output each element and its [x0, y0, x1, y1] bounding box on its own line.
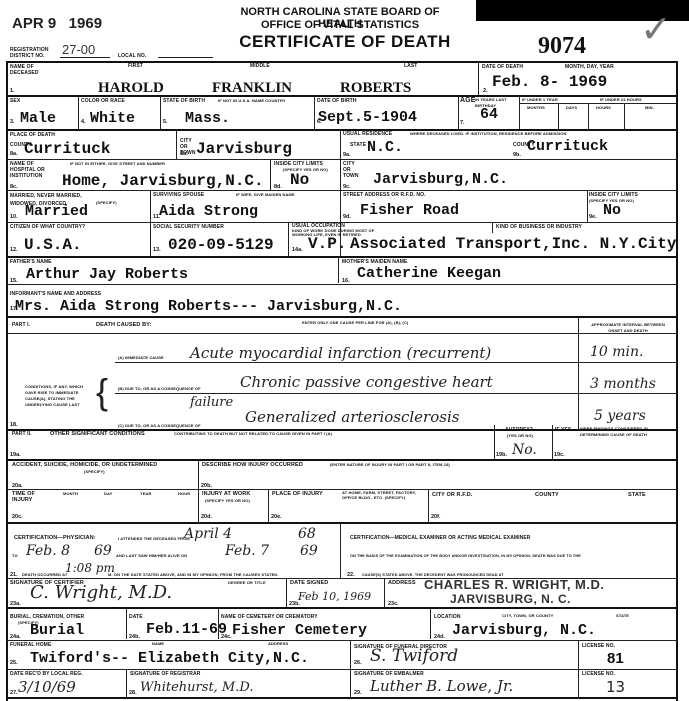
- certificate-number: 9074: [538, 33, 586, 60]
- day-label: DAY: [104, 491, 112, 497]
- attended-from-year: 68: [298, 526, 316, 542]
- state-of-birth-label: STATE OF BIRTH: [163, 98, 205, 104]
- divider: [286, 579, 287, 607]
- form-left-border: [6, 61, 8, 701]
- signature-registrar-label: SIGNATURE OF REGISTRAR: [130, 671, 200, 677]
- death-caused-by-label: DEATH CAUSED BY:: [96, 322, 151, 328]
- item-5: 5.: [163, 119, 168, 125]
- date-signed-label: DATE SIGNED: [290, 580, 328, 586]
- divider: [268, 490, 269, 522]
- spouse-value: Aida Strong: [159, 204, 258, 220]
- funeral-home-address-label: ADDRESS: [268, 641, 288, 647]
- min-label: MIN.: [645, 105, 654, 111]
- certifier-address-line-2: JARVISBURG, N. C.: [450, 592, 571, 606]
- cause-a-value: Acute myocardial infarction (recurrent): [190, 345, 491, 361]
- other-conditions-label: OTHER SIGNIFICANT CONDITIONS: [50, 431, 145, 437]
- month-label: MONTH: [63, 491, 78, 497]
- usual-residence-note: WHERE DECEASED LIVED. IF INSTITUTION, RE…: [410, 131, 567, 137]
- date-of-birth-value: Sept.5-1904: [318, 110, 417, 126]
- item-19c: 19c.: [554, 452, 565, 458]
- divider: [288, 223, 289, 256]
- usual-residence-label: USUAL RESIDENCE: [343, 131, 392, 137]
- divider: [624, 103, 625, 129]
- funeral-home-value: Twiford's-- Elizabeth City,N.C.: [30, 651, 309, 667]
- divider: [458, 96, 459, 129]
- divider: [478, 62, 479, 95]
- item-20e: 20e.: [271, 514, 282, 520]
- divider: [338, 257, 339, 283]
- describe-injury-label: DESCRIBE HOW INJURY OCCURRED: [202, 462, 303, 468]
- bracket: {: [96, 372, 108, 412]
- describe-injury-note: (ENTER NATURE OF INJURY IN PART I OR PAR…: [330, 462, 450, 468]
- item-8a: 8a.: [10, 151, 18, 157]
- city-or-rfd-label: CITY OR R.F.D.: [432, 492, 472, 498]
- divider: [270, 160, 271, 190]
- embalmer-signature: Luther B. Lowe, Jr.: [370, 678, 513, 694]
- embalmer-license-value: 13: [606, 679, 625, 695]
- local-no-line: [158, 57, 213, 58]
- sex-label: SEX: [10, 98, 20, 104]
- local-no-label: LOCAL NO.: [118, 53, 146, 59]
- divider: [126, 669, 127, 697]
- accident-label: ACCIDENT, SUICIDE, HOMICIDE, OR UNDETERM…: [12, 462, 157, 468]
- attended-to-value: Feb. 8: [26, 543, 70, 559]
- due-to-b-label: (b) DUE TO, OR AS A CONSEQUENCE OF: [118, 386, 201, 392]
- other-conditions-note: CONTRIBUTING TO DEATH BUT NOT RELATED TO…: [174, 431, 332, 437]
- first-name-value: HAROLD: [98, 80, 164, 96]
- registration-label: REGISTRATION DISTRICT NO.: [10, 47, 62, 59]
- divider: [160, 96, 161, 129]
- attended-from-label: I ATTENDED THE DECEASED FROM: [118, 536, 190, 542]
- item-27: 27.: [10, 690, 18, 696]
- row-divider: [6, 190, 678, 191]
- mother-value: Catherine Keegan: [357, 266, 501, 282]
- item-26: 26.: [354, 660, 362, 666]
- business-value: Associated Transport,Inc. N.Y.City: [350, 236, 676, 252]
- res-inside-city-value: No: [603, 203, 621, 219]
- last-saw-value: Feb. 7: [225, 543, 269, 559]
- item-25: 25.: [10, 660, 18, 666]
- inside-city-limits-value: No: [290, 172, 309, 188]
- item-18: 18.: [10, 422, 18, 428]
- funeral-director-signature: S. Twiford: [370, 648, 458, 664]
- divider: [218, 608, 219, 639]
- to-label: TO: [12, 553, 18, 559]
- divider: [519, 96, 520, 129]
- informant-value: Mrs. Aida Strong Roberts--- Jarvisburg,N…: [15, 299, 402, 315]
- divider: [588, 103, 589, 129]
- accident-specify: (SPECIFY): [84, 469, 105, 475]
- location-label: LOCATION: [434, 614, 461, 620]
- fathers-name-label: FATHER'S NAME: [10, 259, 52, 265]
- state-of-birth-value: Mass.: [185, 111, 230, 127]
- sex-value: Male: [20, 111, 56, 127]
- occupation-value: V.P.: [308, 236, 346, 252]
- year-label: YEAR: [140, 491, 152, 497]
- item-20d: 20d.: [201, 514, 212, 520]
- item-29: 29.: [354, 690, 362, 696]
- time-of-injury-label: TIME OF INJURY: [12, 491, 42, 503]
- race-label: COLOR OR RACE: [81, 98, 125, 104]
- cause-b-line: [115, 393, 678, 394]
- res-city-label: CITY OR TOWN: [343, 161, 363, 179]
- form-top-border: [6, 61, 678, 63]
- registrar-signature: Whitehurst, M.D.: [140, 680, 253, 696]
- divider: [384, 579, 385, 607]
- middle-name-value: FRANKLIN: [212, 80, 292, 96]
- item-14a: 14a.: [292, 247, 303, 253]
- marital-specify: (SPECIFY): [96, 200, 117, 206]
- date-recd-label: DATE REC'D BY LOCAL REG.: [10, 671, 83, 677]
- cause-b-value: Chronic passive congestive heart: [240, 374, 493, 390]
- item-8b: 8b.: [180, 151, 188, 157]
- divider: [314, 96, 315, 129]
- citizen-label: CITIZEN OF WHAT COUNTRY?: [10, 224, 85, 230]
- divider: [150, 223, 151, 256]
- divider: [519, 103, 677, 104]
- degree-title-label: DEGREE OR TITLE: [228, 580, 266, 586]
- attended-to-year: 69: [94, 543, 112, 559]
- funeral-license-value: 81: [607, 651, 624, 667]
- one-cause-per-line-note: ENTER ONLY ONE CAUSE PER LINE FOR (a), (…: [302, 320, 408, 326]
- divider: [6, 333, 678, 334]
- address-label: ADDRESS: [388, 580, 416, 586]
- cause-a-interval: 10 min.: [590, 344, 643, 360]
- place-of-death-label: PLACE OF DEATH: [10, 132, 55, 138]
- cert-me-text: ON THE BASIS OF THE EXAMINATION OF THE B…: [350, 553, 581, 559]
- date-of-death-value: Feb. 8- 1969: [492, 74, 607, 90]
- item-28: 28.: [129, 690, 137, 696]
- divider: [430, 608, 431, 639]
- form-bottom-border: [6, 697, 678, 699]
- funeral-license-label: LICENSE NO.: [582, 643, 615, 649]
- row-divider: [6, 159, 678, 160]
- kind-of-business-label: KIND OF BUSINESS OR INDUSTRY: [496, 224, 582, 230]
- cert-me-label: CERTIFICATION—MEDICAL EXAMINER OR ACTING…: [350, 535, 531, 541]
- check-mark-icon: ✓: [640, 10, 672, 50]
- cause-c-value: Generalized arteriosclerosis: [245, 409, 459, 425]
- divider: [350, 669, 351, 697]
- cause-b-interval: 3 months: [590, 376, 656, 392]
- registration-line: [60, 57, 110, 58]
- date-of-birth-label: DATE OF BIRTH: [317, 98, 357, 104]
- ssn-value: 020-09-5129: [168, 237, 274, 253]
- surviving-spouse-label: SURVIVING SPOUSE: [153, 192, 204, 198]
- location-state-label: STATE: [616, 613, 629, 619]
- injury-at-work-label: INJURY AT WORK: [202, 491, 250, 497]
- divider: [176, 130, 177, 159]
- month-day-year-label: MONTH, DAY, YEAR: [565, 64, 614, 70]
- registration-district-value: 27-00: [62, 42, 95, 57]
- if-yes-label: IF YES: [555, 427, 571, 433]
- divider: [492, 223, 493, 233]
- last-label: LAST: [404, 63, 417, 69]
- cause-b-continuation: failure: [190, 395, 233, 411]
- conditions-label: CONDITIONS, IF ANY, WHICH GAVE RISE TO I…: [25, 384, 87, 408]
- res-city-value: Jarvisburg,N.C.: [373, 172, 508, 188]
- age-value: 64: [480, 107, 498, 123]
- row-divider: [6, 607, 678, 609]
- divider: [587, 191, 588, 222]
- part-1-label: PART I.: [12, 322, 30, 328]
- divider: [428, 490, 429, 522]
- item-3: 3.: [10, 119, 15, 125]
- last-name-value: ROBERTS: [340, 80, 411, 96]
- place-of-injury-note: AT HOME, FARM, STREET, FACTORY, OFFICE B…: [342, 490, 430, 500]
- injury-state-label: STATE: [628, 492, 646, 498]
- first-label: FIRST: [128, 63, 143, 69]
- death-county-value: Currituck: [24, 141, 110, 157]
- item-4: 4.: [81, 119, 86, 125]
- injury-at-work-specify: (SPECIFY YES OR NO): [205, 498, 250, 504]
- item-1: 1.: [10, 88, 15, 94]
- hour-label: HOUR: [178, 491, 190, 497]
- item-9b: 9b.: [513, 152, 521, 158]
- item-10: 10.: [10, 214, 18, 220]
- disposition-date-label: DATE: [129, 614, 143, 620]
- form-right-border: [676, 61, 678, 701]
- row-divider: [6, 669, 678, 670]
- item-9a: 9a.: [343, 152, 351, 158]
- months-label: MONTHS: [527, 105, 545, 111]
- res-county-value: Currituck: [527, 139, 608, 155]
- item-20f: 20f.: [431, 514, 440, 520]
- item-19b: 19b.: [496, 452, 507, 458]
- autopsy-value: No.: [512, 442, 537, 458]
- item-19a: 19a.: [10, 452, 21, 458]
- findings-label: WERE FINDINGS CONSIDERED IN DETERMINING …: [580, 426, 675, 438]
- disposition-method-value: Burial: [30, 623, 84, 639]
- embalmer-license-label: LICENSE NO.: [582, 671, 615, 677]
- res-state-value: N.C.: [367, 140, 403, 156]
- marital-value: Married: [25, 204, 88, 220]
- place-of-injury-label: PLACE OF INJURY: [272, 491, 323, 497]
- row-divider: [6, 129, 678, 131]
- item-2: 2.: [483, 88, 488, 94]
- document-title: CERTIFICATE OF DEATH: [220, 32, 470, 52]
- age-label: AGE: [460, 98, 475, 104]
- funeral-home-label: FUNERAL HOME: [10, 642, 51, 648]
- res-state-label: STATE: [350, 142, 366, 148]
- death-city-value: Jarvisburg: [196, 141, 292, 157]
- hospital-label: NAME OF HOSPITAL OR INSTITUTION: [10, 161, 55, 179]
- item-9e: 9e.: [589, 214, 597, 220]
- item-12: 12.: [10, 247, 18, 253]
- date-signed-value: Feb 10, 1969: [298, 589, 371, 605]
- last-saw-year: 69: [300, 543, 318, 559]
- divider: [78, 96, 79, 129]
- certifier-address-line-1: CHARLES R. WRIGHT, M.D.: [424, 577, 605, 592]
- item-7: 7.: [460, 120, 465, 126]
- hours-label: HOURS: [596, 105, 611, 111]
- injury-county-label: COUNTY: [535, 492, 559, 498]
- middle-label: MIDDLE: [250, 63, 270, 69]
- father-value: Arthur Jay Roberts: [26, 267, 188, 283]
- cause-c-interval: 5 years: [594, 408, 646, 424]
- date-recd-value: 3/10/69: [18, 679, 76, 695]
- cemetery-value: Fisher Cemetery: [232, 623, 367, 639]
- funeral-home-name-label: NAME: [152, 641, 164, 647]
- autopsy-note: (YES OR NO): [507, 433, 533, 439]
- state-of-birth-note: IF NOT IN U.S.A. NAME COUNTRY: [218, 98, 308, 104]
- row-divider: [6, 284, 678, 285]
- last-saw-label: AND LAST SAW HIM/HER ALIVE ON: [116, 553, 187, 559]
- race-value: White: [90, 111, 135, 127]
- hospital-value: Home, Jarvisburg,N.C.: [62, 173, 264, 189]
- informant-label: INFORMANT'S NAME AND ADDRESS: [10, 291, 101, 297]
- divider: [126, 608, 127, 639]
- received-date-stamp: APR 9 1969: [12, 15, 102, 32]
- row-divider: [6, 256, 678, 258]
- row-divider: [6, 95, 678, 97]
- immediate-cause-label: (a) IMMEDIATE CAUSE: [118, 355, 164, 361]
- divider: [198, 460, 199, 522]
- cert-physician-label: CERTIFICATION—PHYSICIAN:: [14, 535, 96, 541]
- days-label: DAYS: [566, 105, 577, 111]
- disposition-date-value: Feb.11-69: [146, 622, 227, 638]
- cause-a-line: [115, 362, 678, 363]
- street-value: Fisher Road: [360, 203, 459, 219]
- attended-from-value: April 4: [184, 526, 232, 542]
- divider: [350, 640, 351, 669]
- item-20c: 20c.: [12, 514, 23, 520]
- spouse-note: IF WIFE, GIVE MAIDEN NAME: [236, 192, 295, 198]
- agency-line-2: OFFICE OF VITAL STATISTICS: [230, 19, 450, 31]
- name-of-deceased-label: NAME OF DECEASED: [10, 64, 50, 76]
- certifier-signature: C. Wright, M.D.: [30, 585, 172, 601]
- street-address-label: STREET ADDRESS OR R.F.D. No.: [343, 192, 426, 198]
- cemetery-label: NAME OF CEMETERY OR CREMATORY: [221, 614, 318, 620]
- row-divider: [6, 522, 678, 524]
- location-value: Jarvisburg, N.C.: [452, 623, 596, 639]
- date-of-death-label: DATE OF DEATH: [482, 64, 523, 70]
- location-note: CITY, TOWN, OR COUNTY: [502, 613, 553, 619]
- divider: [558, 103, 559, 129]
- row-divider: [6, 459, 678, 461]
- hospital-note: IF NOT IN EITHER, GIVE STREET AND NUMBER: [70, 161, 165, 167]
- part-2-label: PART II.: [12, 431, 32, 437]
- divider: [552, 425, 553, 460]
- item-13: 13.: [153, 247, 161, 253]
- item-9d: 9d.: [343, 214, 351, 220]
- divider: [340, 523, 341, 578]
- citizen-value: U.S.A.: [24, 237, 82, 253]
- ssn-label: SOCIAL SECURITY NUMBER: [153, 224, 224, 230]
- divider: [494, 425, 495, 460]
- divider: [150, 191, 151, 222]
